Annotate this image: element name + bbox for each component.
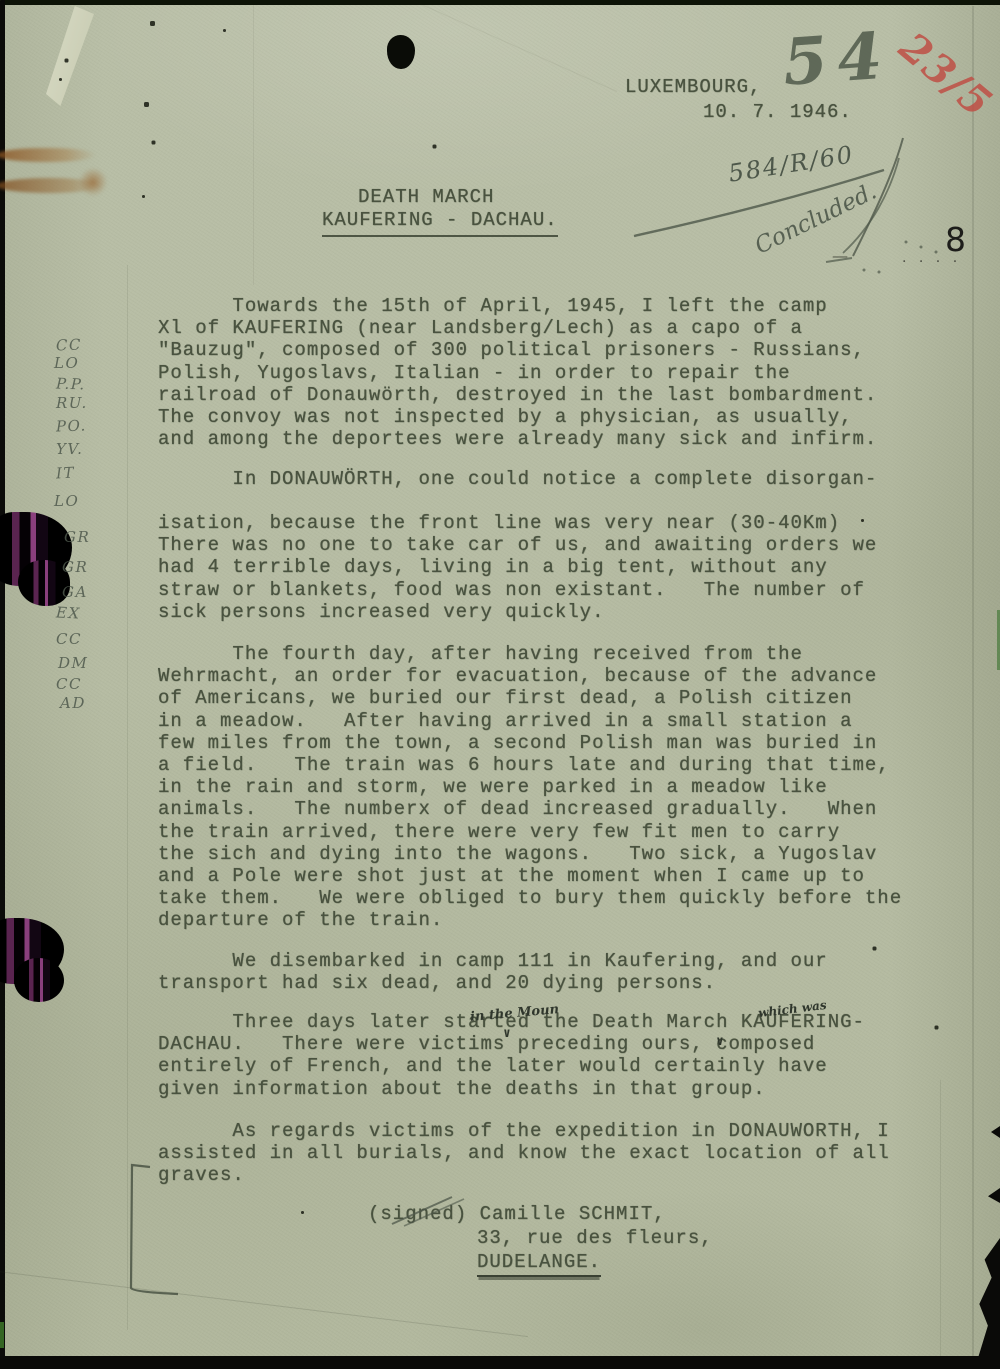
margin-code: CC	[56, 630, 82, 648]
header-date: 10. 7. 1946.	[703, 101, 852, 123]
margin-code-list: CCLOP.P.RU.PO.YV.ITLOGRGRGAEXCCDMCCAD	[0, 0, 120, 800]
signature-city: DUDELANGE.	[477, 1251, 601, 1273]
text-line: in the rain and storm, we were parked in…	[158, 776, 948, 798]
fold-crease	[127, 265, 128, 1330]
margin-code: RU.	[56, 394, 88, 412]
margin-code: YV.	[56, 440, 83, 458]
text-line: sick persons increased very quickly.	[158, 601, 948, 623]
text-line: and among the deportees were already man…	[158, 428, 948, 450]
text-line: Towards the 15th of April, 1945, I left …	[158, 295, 948, 317]
signature-address: 33, rue des fleurs,	[477, 1227, 713, 1249]
handwritten-page-number: 54	[781, 18, 895, 100]
fold-crease	[972, 6, 974, 1356]
paragraph-4: We disembarked in camp 111 in Kaufering,…	[158, 950, 948, 994]
margin-code: DM	[58, 654, 88, 672]
scanned-document-page: LUXEMBOURG, 10. 7. 1946. 54 23/5 584/R/6…	[0, 0, 1000, 1369]
text-line: departure of the train.	[158, 909, 948, 931]
margin-code: PO.	[56, 416, 87, 435]
text-line: Xl of KAUFERING (near Landsberg/Lech) as…	[158, 317, 948, 339]
margin-code: IT	[56, 464, 76, 483]
header-location: LUXEMBOURG,	[625, 76, 761, 98]
margin-code: P.P.	[56, 374, 86, 393]
text-line: a field. The train was 6 hours late and …	[158, 754, 948, 776]
text-line: The fourth day, after having received fr…	[158, 643, 948, 665]
margin-code: LO	[54, 354, 79, 372]
text-line: isation, because the front line was very…	[158, 512, 948, 534]
text-line: graves.	[158, 1164, 948, 1186]
text-line: take them. We were obliged to bury them …	[158, 887, 948, 909]
text-line: "Bauzug", composed of 300 political pris…	[158, 339, 948, 361]
text-line: assisted in all burials, and know the ex…	[158, 1142, 948, 1164]
paragraph-2-first-line: In DONAUWÖRTH, one could notice a comple…	[158, 468, 948, 490]
margin-code: CC	[56, 675, 82, 693]
text-line: transport had six dead, and 20 dying per…	[158, 972, 948, 994]
paragraph-2-continued: isation, because the front line was very…	[158, 512, 948, 623]
paragraph-6: As regards victims of the expedition in …	[158, 1120, 948, 1187]
margin-code: AD	[60, 694, 86, 712]
insertion-caret: ∨	[716, 1034, 724, 1049]
signature-city-text: DUDELANGE.	[477, 1251, 601, 1277]
text-line: given information about the deaths in th…	[158, 1078, 948, 1100]
insertion-caret: ∨	[503, 1026, 511, 1041]
scan-artifact-green	[0, 1322, 4, 1348]
scan-edge-bottom	[0, 1356, 1000, 1369]
text-line: railroad of Donauwörth, destroyed in the…	[158, 384, 948, 406]
text-line: of Americans, we buried our first dead, …	[158, 687, 948, 709]
dash-mark: —	[832, 246, 848, 265]
text-line: the train arrived, there were very few f…	[158, 821, 948, 843]
text-line: the sich and dying into the wagons. Two …	[158, 843, 948, 865]
text-line: had 4 terrible days, living in a big ten…	[158, 556, 948, 578]
margin-code: GR	[64, 528, 90, 546]
text-line: Wehrmacht, an order for evacuation, beca…	[158, 665, 948, 687]
document-title-line1: DEATH MARCH	[358, 186, 494, 208]
paragraph-3: The fourth day, after having received fr…	[158, 643, 948, 932]
paragraph-5: Three days later started the Death March…	[158, 1011, 948, 1100]
text-line: In DONAUWÖRTH, one could notice a comple…	[158, 468, 948, 490]
scan-edge-top	[0, 0, 1000, 5]
text-line: and a Pole were shot just at the moment …	[158, 865, 948, 887]
text-line: few miles from the town, a second Polish…	[158, 732, 948, 754]
margin-code: GA	[62, 583, 88, 601]
text-line: As regards victims of the expedition in …	[158, 1120, 948, 1142]
paragraph-1: Towards the 15th of April, 1945, I left …	[158, 295, 948, 450]
ink-blot	[14, 958, 64, 1002]
text-line: The convoy was not inspected by a physic…	[158, 406, 948, 428]
margin-code: EX	[56, 603, 82, 622]
margin-code: LO	[54, 492, 79, 510]
signature-line: (signed) Camille SCHMIT,	[368, 1203, 666, 1225]
text-line: entirely of French, and the later would …	[158, 1055, 948, 1077]
document-title-line2: KAUFERING - DACHAU.	[322, 209, 558, 237]
text-line: straw or blankets, food was non existant…	[158, 579, 948, 601]
dotted-mark: . . . .	[902, 250, 961, 266]
fold-crease	[253, 5, 254, 285]
margin-code: GR	[62, 558, 88, 576]
margin-code: CC	[56, 336, 83, 355]
text-line: Polish, Yugoslavs, Italian - in order to…	[158, 362, 948, 384]
text-line: animals. The numberx of dead increased g…	[158, 798, 948, 820]
text-line: in a meadow. After having arrived in a s…	[158, 710, 948, 732]
text-line: We disembarked in camp 111 in Kaufering,…	[158, 950, 948, 972]
text-line: DACHAU. There were victims preceding our…	[158, 1033, 948, 1055]
text-line: There was no one to take car of us, and …	[158, 534, 948, 556]
